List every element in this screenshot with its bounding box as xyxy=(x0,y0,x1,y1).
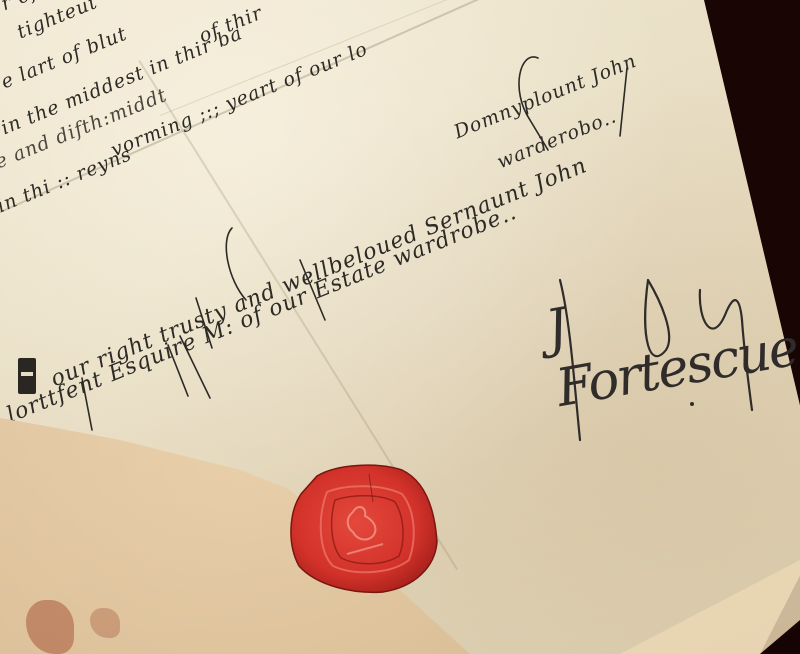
paragraph-mark xyxy=(18,358,36,394)
photo-stage: r of tighteut e lart of blut in the midd… xyxy=(0,0,800,654)
wax-seal xyxy=(287,462,439,594)
wax-seal-icon xyxy=(287,462,439,594)
